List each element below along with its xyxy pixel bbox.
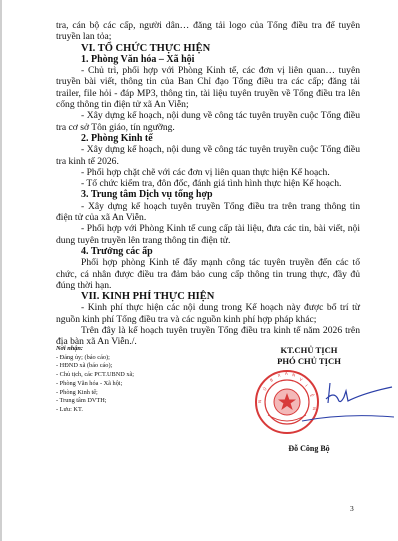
svg-text:Ủ: Ủ [262, 386, 268, 392]
recipient-item: - Đảng ủy; (báo cáo); [56, 354, 134, 363]
signature-icon [294, 369, 394, 439]
recipient-item: - Lưu: KT. [56, 406, 134, 415]
svg-text:N: N [257, 400, 262, 403]
subheading-phong-kinh-te: 2. Phòng Kinh tế [56, 133, 360, 144]
paragraph: - Tổ chức kiểm tra, đôn đốc, đánh giá tì… [56, 178, 360, 189]
paragraph: - Xây dựng kế hoạch, nội dung về công tá… [56, 144, 360, 167]
paragraph-continuation: tra, cán bộ các cấp, người dân… đăng tải… [56, 20, 360, 43]
subheading-phong-van-hoa: 1. Phòng Văn hóa – Xã hội [56, 54, 360, 65]
paragraph: - Chủ trì, phối hợp với Phòng Kinh tế, c… [56, 65, 360, 110]
paragraph: - Xây dựng kế hoạch tuyên truyền Tổng đi… [56, 201, 360, 224]
recipient-item: - Trung tâm DVTH; [56, 397, 134, 406]
svg-text:A: A [285, 371, 288, 376]
paragraph: Phối hợp phòng Kinh tế đẩy mạnh công tác… [56, 257, 360, 291]
svg-text:B: B [269, 377, 274, 383]
signer: KT.CHỦ TỊCH PHÓ CHỦ TỊCH Ủ B X A N V I Ễ… [244, 345, 374, 366]
recipients-list: Nơi nhận: - Đảng ủy; (báo cáo); - HĐND x… [56, 345, 134, 415]
paragraph: - Xây dựng kế hoạch, nội dung về công tá… [56, 110, 360, 133]
document-page: tra, cán bộ các cấp, người dân… đăng tải… [0, 0, 398, 541]
recipient-item: - HĐND xã (báo cáo); [56, 362, 134, 371]
section-heading-vii: VII. KINH PHÍ THỰC HIỆN [56, 291, 360, 302]
section-heading-vi: VI. TỔ CHỨC THỰC HIỆN [56, 43, 360, 54]
document-body: tra, cán bộ các cấp, người dân… đăng tải… [56, 20, 360, 348]
paragraph: - Phối hợp chặt chẽ với các đơn vị liên … [56, 167, 360, 178]
svg-text:X: X [277, 372, 281, 378]
paragraph: - Kinh phí thực hiện các nội dung trong … [56, 302, 360, 325]
signer-role-line1: KT.CHỦ TỊCH [244, 345, 374, 356]
recipients-title: Nơi nhận: [56, 345, 134, 354]
page-number: 3 [350, 504, 354, 513]
recipient-item: - Phòng Kinh tế; [56, 389, 134, 398]
signer-name: Đỗ Công Bộ [244, 444, 374, 453]
recipient-item: - Chủ tịch, các PCT.UBND xã; [56, 371, 134, 380]
signer-role-line2: PHÓ CHỦ TỊCH [244, 356, 374, 367]
paragraph: - Phối hợp với Phòng Kinh tế cung cấp tà… [56, 223, 360, 246]
subheading-truong-cac-ap: 4. Trưởng các ấp [56, 246, 360, 257]
recipient-item: - Phòng Văn hóa - Xã hội; [56, 380, 134, 389]
subheading-trung-tam-dvth: 3. Trung tâm Dịch vụ tổng hợp [56, 189, 360, 200]
